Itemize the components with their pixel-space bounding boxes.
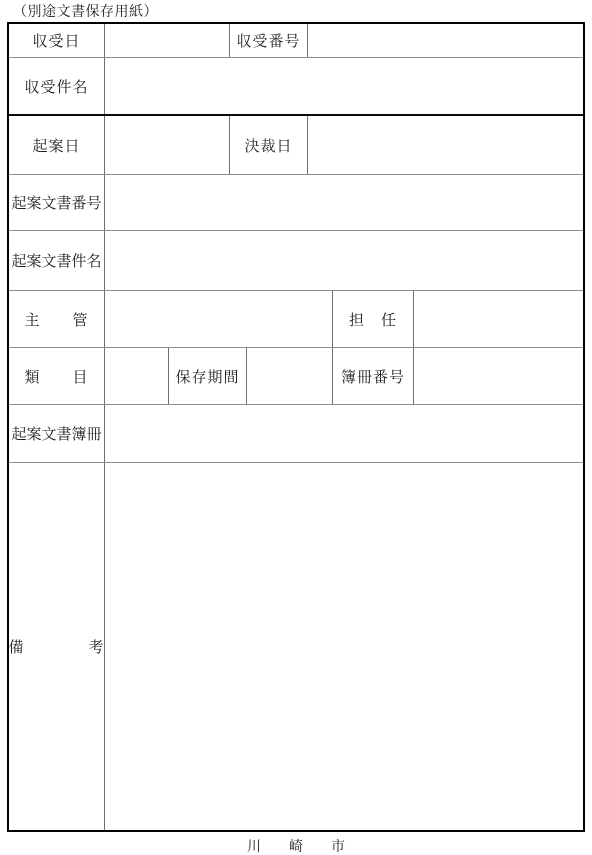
receipt-date-label: 収受日 [9,24,105,57]
row-draft-date: 起案日 決裁日 [9,116,583,175]
row-draft-doc-number: 起案文書番号 [9,175,583,231]
document-storage-form-table: 収受日 収受番号 収受件名 起案日 決裁日 起案文書番号 起案文書件名 主 管 … [7,22,585,832]
receipt-number-label: 収受番号 [230,24,308,57]
staff-in-charge-label: 担 任 [333,291,414,347]
category-value-cell [105,348,169,404]
draft-doc-volume-value-cell [105,405,583,462]
draft-date-value-cell [105,116,230,174]
receipt-subject-label: 収受件名 [9,58,105,114]
draft-doc-number-value-cell [105,175,583,230]
row-draft-doc-volume: 起案文書簿冊 [9,405,583,463]
row-draft-doc-subject: 起案文書件名 [9,231,583,291]
row-receipt-date: 収受日 収受番号 [9,24,583,58]
draft-doc-subject-label: 起案文書件名 [9,231,105,290]
volume-number-label: 簿冊番号 [333,348,414,404]
city-name: 川 崎 市 [7,836,585,855]
supervisor-value-cell [105,291,333,347]
category-label: 類 目 [9,348,105,404]
draft-doc-subject-value-cell [105,231,583,290]
receipt-subject-value-cell [105,58,583,114]
remarks-value-cell [105,463,583,830]
supervisor-label: 主 管 [9,291,105,347]
row-receipt-subject: 収受件名 [9,58,583,116]
row-supervisor: 主 管 担 任 [9,291,583,348]
staff-in-charge-value-cell [414,291,583,347]
row-remarks: 備 考 [9,463,583,830]
draft-doc-volume-label: 起案文書簿冊 [9,405,105,462]
draft-doc-number-label: 起案文書番号 [9,175,105,230]
approval-date-value-cell [308,116,583,174]
receipt-date-value-cell [105,24,230,57]
approval-date-label: 決裁日 [230,116,308,174]
form-note: （別途文書保存用紙） [13,1,158,21]
row-category: 類 目 保存期間 簿冊番号 [9,348,583,405]
volume-number-value-cell [414,348,583,404]
remarks-label: 備 考 [9,463,105,830]
draft-date-label: 起案日 [9,116,105,174]
retention-period-label: 保存期間 [169,348,247,404]
receipt-number-value-cell [308,24,583,57]
retention-period-value-cell [247,348,333,404]
